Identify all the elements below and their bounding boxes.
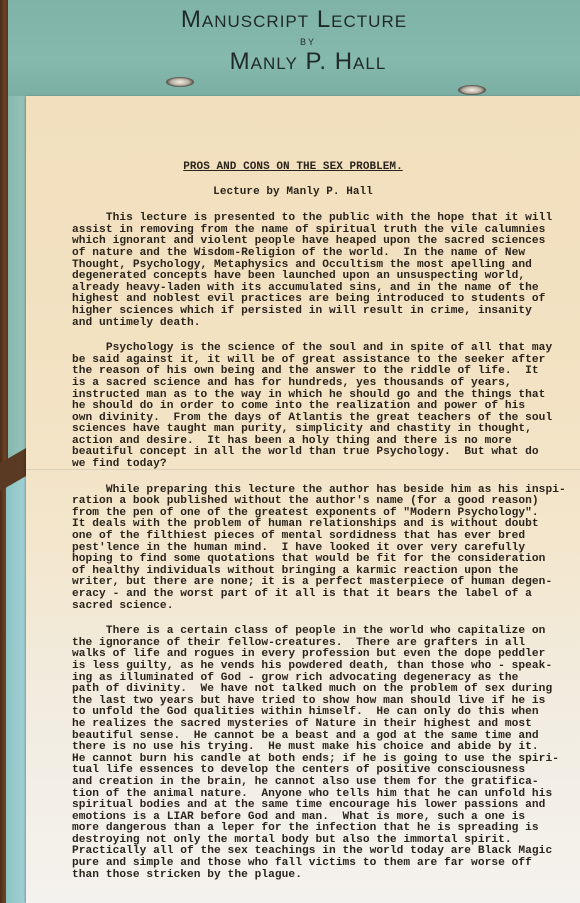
text-line: we find today? [72,459,580,471]
cover-title: Manuscript Lecture [8,6,580,34]
text-line: than those stricken by the plague. [72,870,580,882]
text-line: sacred science. [72,601,580,613]
cover-author: Manly P. Hall [22,48,580,76]
cover-by-label: by [22,33,580,48]
brass-fastener-icon [458,85,486,95]
document-subtitle: Lecture by Manly P. Hall [78,187,508,199]
text-line: pure and simple and those who fall victi… [72,858,580,870]
text-line: and creation in the brain, he cannot als… [72,777,580,789]
text-line: of nature and the Wisdom-Religion of the… [72,248,580,260]
text-line: spiritual bodies and at the same time en… [72,800,580,812]
text-line: he should do in order to come into the r… [72,401,580,413]
text-line: path of divinity. We have not talked muc… [72,684,580,696]
document-paragraphs: This lecture is presented to the public … [72,213,580,881]
text-line: and untimely death. [72,318,580,330]
brass-fastener-icon [166,77,194,87]
text-line: is a sacred science and has for hundreds… [72,378,580,390]
text-line: degenerated concepts have been launched … [72,271,580,283]
text-line: he realizes the sacred mysteries of Natu… [72,719,580,731]
text-line: Psychology is the science of the soul an… [72,343,580,355]
paragraph: There is a certain class of people in th… [72,626,580,881]
text-line: eracy - and the worst part of it all is … [72,589,580,601]
text-line: is less guilty, as he vends his powdered… [72,661,580,673]
text-line: there is no use his trying. He must make… [72,742,580,754]
paragraph: While preparing this lecture the author … [72,485,580,613]
text-line: higher sciences which if persisted in wi… [72,306,580,318]
folder-cover: Manuscript Lecture by Manly P. Hall [8,0,580,100]
text-line: one of the filthiest pieces of mental so… [72,531,580,543]
document-title: PROS AND CONS ON THE SEX PROBLEM. [78,162,508,174]
paragraph: Psychology is the science of the soul an… [72,343,580,471]
document-body: PROS AND CONS ON THE SEX PROBLEM. Lectur… [72,162,580,895]
paragraph: This lecture is presented to the public … [72,213,580,329]
